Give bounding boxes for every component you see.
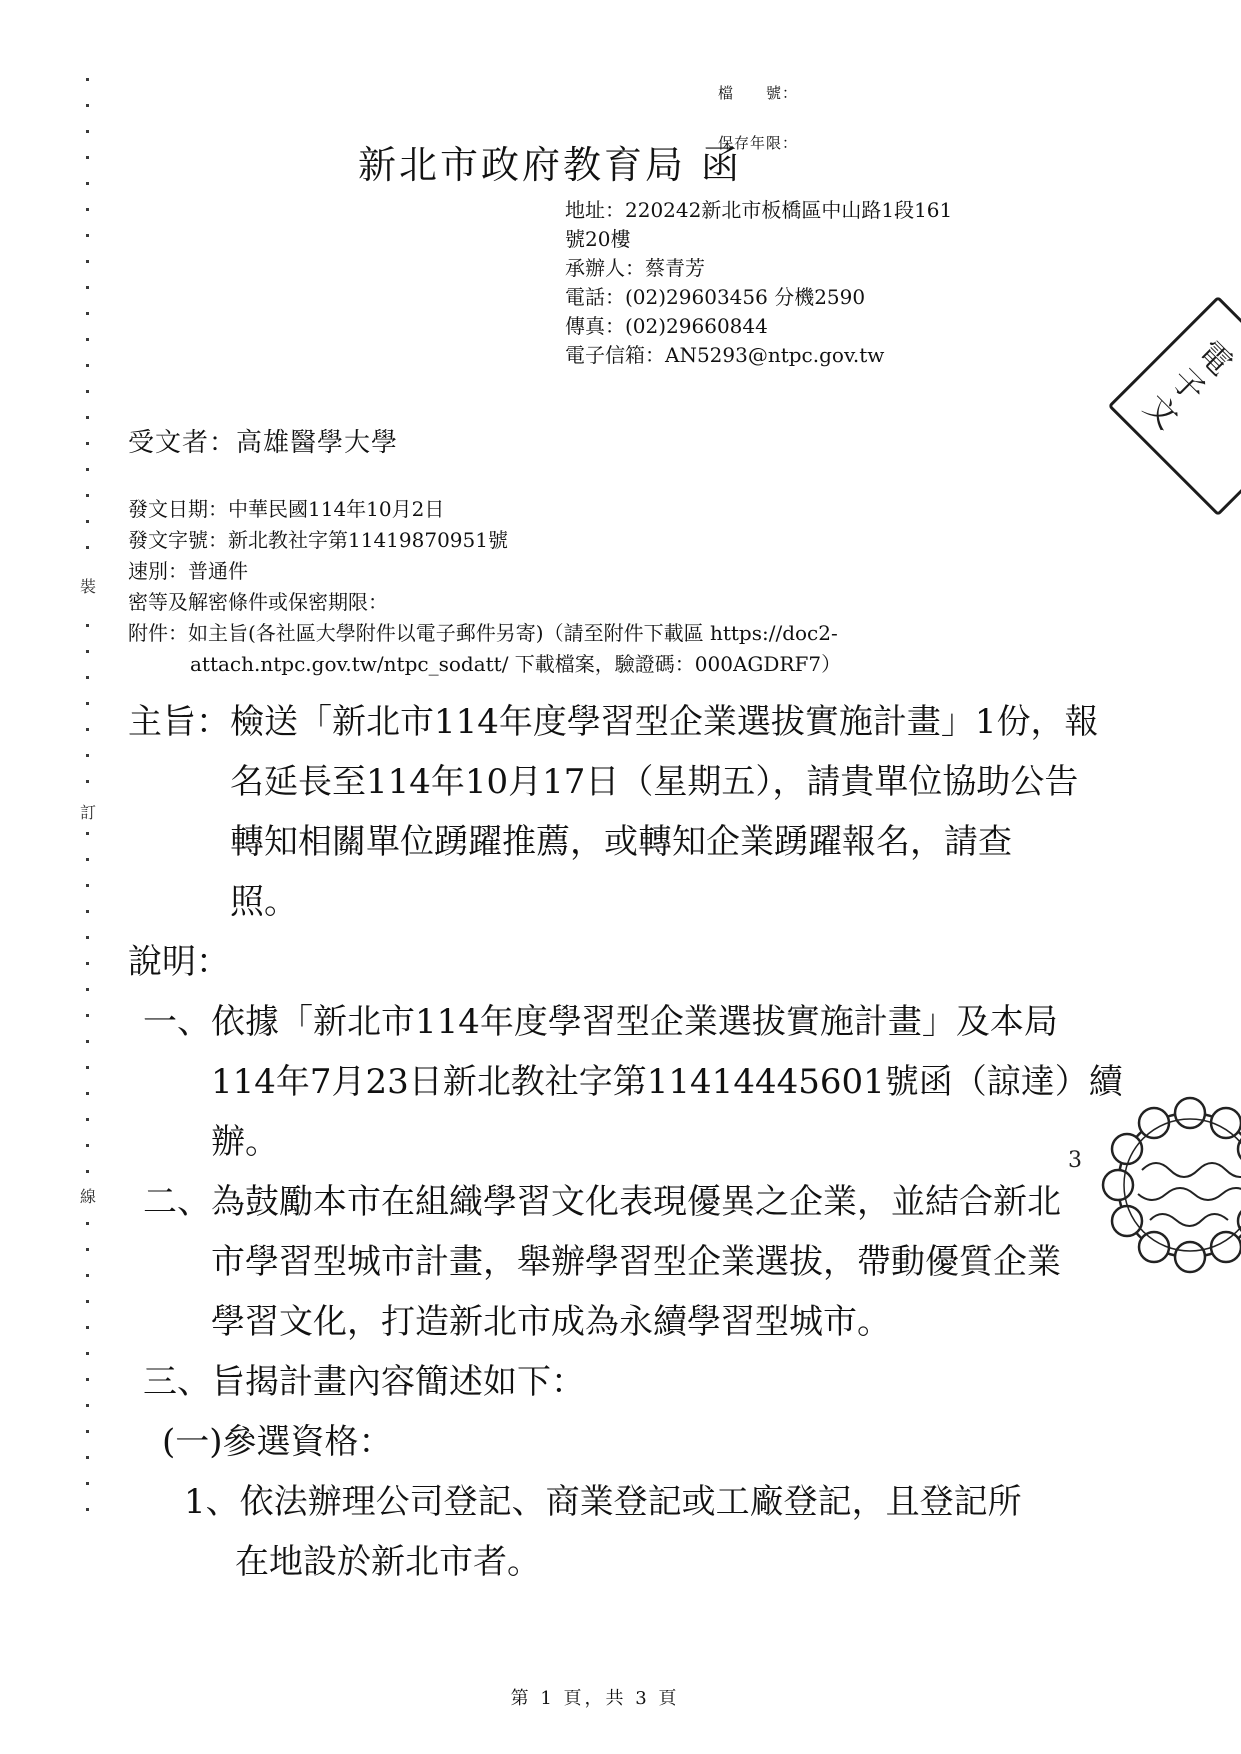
explanation-item-3-1-1: 1、依法辦理公司登記、商業登記或工廠登記，且登記所 在地設於新北市者。	[184, 1472, 1228, 1592]
explanation-item-3-1: (一)參選資格：	[162, 1412, 1228, 1472]
page-title: 新北市政府教育局 函	[0, 134, 1100, 189]
explanation-item-3: 三、旨揭計畫內容簡述如下：	[143, 1352, 1228, 1412]
attachment-line: 附件：如主旨(各社區大學附件以電子郵件另寄)（請至附件下載區 https://d…	[128, 618, 1088, 680]
sender-phone: 電話：(02)29603456 分機2590	[565, 283, 1035, 312]
sender-fax: 傳真：(02)29660844	[565, 312, 1035, 341]
priority-line: 速別：普通件	[128, 556, 1088, 587]
page-seal-number: 3	[1068, 1148, 1082, 1173]
security-line: 密等及解密條件或保密期限：	[128, 587, 1088, 618]
electronic-stamp-text: 電子文	[1129, 328, 1241, 441]
electronic-exchange-stamp-icon: 電子文	[1108, 296, 1241, 517]
file-number-label: 檔 號：	[718, 81, 798, 106]
binding-mark-xian: 線	[77, 1176, 99, 1215]
recipient-line: 受文者：高雄醫學大學	[128, 422, 398, 459]
subject-paragraph: 主旨：檢送「新北市114年度學習型企業選拔實施計畫」1份，報 名延長至114年1…	[128, 692, 1228, 932]
binding-mark-zhuang: 裝	[77, 566, 99, 605]
explanation-item-1: 一、依據「新北市114年度學習型企業選拔實施計畫」及本局 114年7月23日新北…	[143, 992, 1228, 1172]
explanation-item-2: 二、為鼓勵本市在組織學習文化表現優異之企業，並結合新北 市學習型城市計畫，舉辦學…	[143, 1172, 1228, 1352]
official-letter-page: 檔 號： 保存年限： 新北市政府教育局 函 地址：220242新北市板橋區中山路…	[0, 0, 1241, 1754]
letter-body: 主旨：檢送「新北市114年度學習型企業選拔實施計畫」1份，報 名延長至114年1…	[128, 692, 1228, 1592]
flower-seal-icon	[1080, 1090, 1241, 1290]
page-number-footer: 第 1 頁，共 3 頁	[0, 1684, 1190, 1710]
sender-email: 電子信箱：AN5293@ntpc.gov.tw	[565, 341, 1035, 370]
doc-number-line: 發文字號：新北教社字第11419870951號	[128, 525, 1088, 556]
explanation-heading: 說明：	[128, 932, 1228, 992]
sender-info-block: 地址：220242新北市板橋區中山路1段161 號20樓 承辦人：蔡青芳 電話：…	[565, 196, 1035, 370]
issue-date-line: 發文日期：中華民國114年10月2日	[128, 494, 1088, 525]
page-joint-seal: 3	[1080, 1090, 1241, 1290]
sender-contact-person: 承辦人：蔡青芳	[565, 254, 1035, 283]
sender-address: 地址：220242新北市板橋區中山路1段161 號20樓	[565, 196, 1035, 254]
binding-mark-ding: 訂	[77, 792, 99, 831]
doc-info-block: 發文日期：中華民國114年10月2日 發文字號：新北教社字第1141987095…	[128, 494, 1088, 680]
